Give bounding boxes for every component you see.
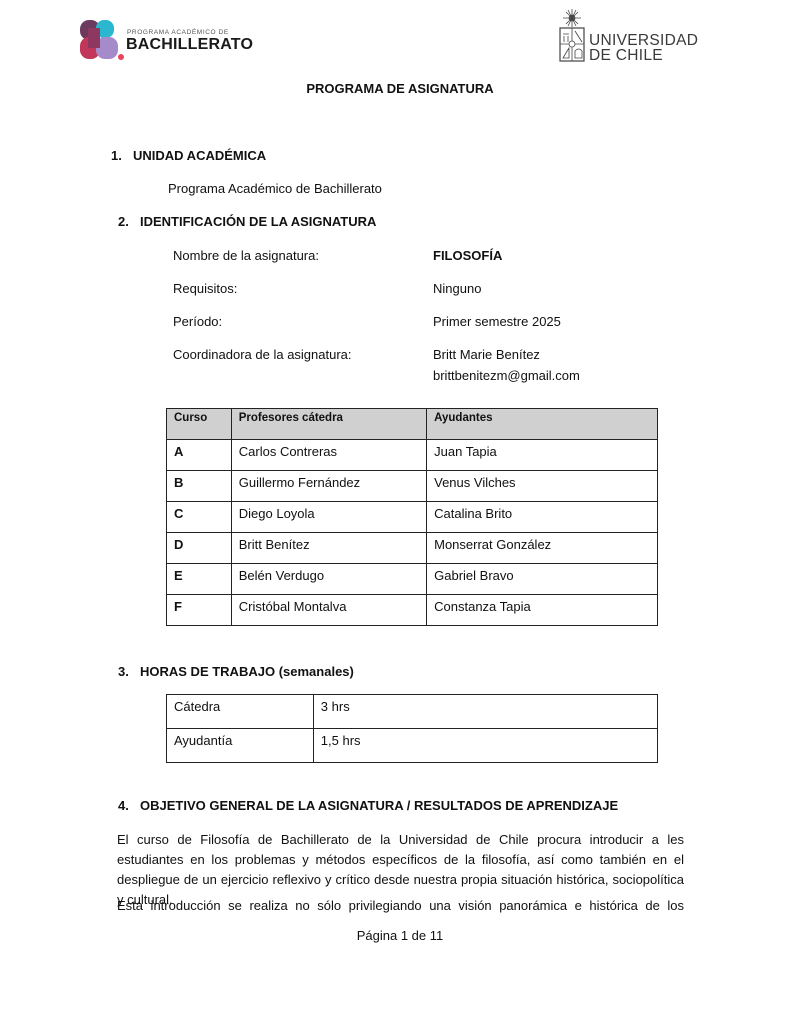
universidad-de-chile-logo-text: UNIVERSIDAD DE CHILE bbox=[589, 33, 698, 63]
column-header-course: Curso bbox=[167, 409, 232, 440]
bachillerato-b-icon bbox=[79, 19, 125, 61]
hours-value-cell: 1,5 hrs bbox=[313, 729, 657, 763]
logo-line-2: DE CHILE bbox=[589, 48, 698, 63]
page-footer: Página 1 de 11 bbox=[0, 928, 800, 943]
course-cell: F bbox=[167, 595, 232, 626]
section-number: 1. bbox=[111, 148, 133, 163]
section-title: HORAS DE TRABAJO bbox=[140, 664, 275, 679]
section-1-heading: 1.UNIDAD ACADÉMICA bbox=[111, 148, 266, 163]
assistant-cell: Gabriel Bravo bbox=[427, 564, 658, 595]
section-number: 4. bbox=[118, 798, 140, 813]
bachillerato-logo-big-text: BACHILLERATO bbox=[126, 36, 253, 54]
section-number: 2. bbox=[118, 214, 140, 229]
professor-cell: Carlos Contreras bbox=[231, 440, 426, 471]
hours-table: Cátedra 3 hrs Ayudantía 1,5 hrs bbox=[166, 694, 658, 763]
university-crest-icon bbox=[557, 8, 587, 64]
table-row: Ayudantía 1,5 hrs bbox=[167, 729, 658, 763]
bachillerato-logo-small-text: PROGRAMA ACADÉMICO DE bbox=[127, 29, 229, 36]
assistant-cell: Venus Vilches bbox=[427, 471, 658, 502]
table-row: B Guillermo Fernández Venus Vilches bbox=[167, 471, 658, 502]
section-2-heading: 2.IDENTIFICACIÓN DE LA ASIGNATURA bbox=[118, 214, 376, 229]
field-label-course-name: Nombre de la asignatura: bbox=[173, 248, 319, 263]
field-value-period: Primer semestre 2025 bbox=[433, 314, 561, 329]
column-header-assistants: Ayudantes bbox=[427, 409, 658, 440]
assistant-cell: Monserrat González bbox=[427, 533, 658, 564]
column-header-professors: Profesores cátedra bbox=[231, 409, 426, 440]
assistant-cell: Juan Tapia bbox=[427, 440, 658, 471]
professor-cell: Britt Benítez bbox=[231, 533, 426, 564]
assistant-cell: Catalina Brito bbox=[427, 502, 658, 533]
field-label-coordinator: Coordinadora de la asignatura: bbox=[173, 347, 352, 362]
table-row: C Diego Loyola Catalina Brito bbox=[167, 502, 658, 533]
section-number: 3. bbox=[118, 664, 140, 679]
table-row: Cátedra 3 hrs bbox=[167, 695, 658, 729]
professor-cell: Diego Loyola bbox=[231, 502, 426, 533]
objective-paragraph-2: Esta introducción se realiza no sólo pri… bbox=[117, 896, 684, 916]
field-value-requirements: Ninguno bbox=[433, 281, 481, 296]
course-cell: D bbox=[167, 533, 232, 564]
section-title: UNIDAD ACADÉMICA bbox=[133, 148, 266, 163]
course-cell: E bbox=[167, 564, 232, 595]
professor-cell: Guillermo Fernández bbox=[231, 471, 426, 502]
bachillerato-logo: PROGRAMA ACADÉMICO DE BACHILLERATO bbox=[79, 19, 249, 61]
section-title: IDENTIFICACIÓN DE LA ASIGNATURA bbox=[140, 214, 376, 229]
section-title-suffix: (semanales) bbox=[279, 664, 354, 679]
section-4-heading: 4.OBJETIVO GENERAL DE LA ASIGNATURA / RE… bbox=[118, 798, 618, 813]
field-value-course-name: FILOSOFÍA bbox=[433, 248, 502, 263]
course-cell: C bbox=[167, 502, 232, 533]
table-row: E Belén Verdugo Gabriel Bravo bbox=[167, 564, 658, 595]
universidad-de-chile-logo: UNIVERSIDAD DE CHILE bbox=[557, 8, 692, 64]
table-header-row: Curso Profesores cátedra Ayudantes bbox=[167, 409, 658, 440]
logo-line-1: UNIVERSIDAD bbox=[589, 33, 698, 48]
table-row: F Cristóbal Montalva Constanza Tapia bbox=[167, 595, 658, 626]
assistant-cell: Constanza Tapia bbox=[427, 595, 658, 626]
section-title: OBJETIVO GENERAL DE LA ASIGNATURA / RESU… bbox=[140, 798, 618, 813]
hours-type-cell: Ayudantía bbox=[167, 729, 314, 763]
professor-cell: Belén Verdugo bbox=[231, 564, 426, 595]
field-label-period: Período: bbox=[173, 314, 222, 329]
course-cell: B bbox=[167, 471, 232, 502]
field-label-requirements: Requisitos: bbox=[173, 281, 237, 296]
table-row: A Carlos Contreras Juan Tapia bbox=[167, 440, 658, 471]
academic-unit-value: Programa Académico de Bachillerato bbox=[168, 181, 382, 196]
section-3-heading: 3.HORAS DE TRABAJO (semanales) bbox=[118, 664, 354, 679]
document-title: PROGRAMA DE ASIGNATURA bbox=[0, 81, 800, 96]
hours-value-cell: 3 hrs bbox=[313, 695, 657, 729]
course-cell: A bbox=[167, 440, 232, 471]
table-row: D Britt Benítez Monserrat González bbox=[167, 533, 658, 564]
professor-cell: Cristóbal Montalva bbox=[231, 595, 426, 626]
hours-type-cell: Cátedra bbox=[167, 695, 314, 729]
field-value-coordinator-email[interactable]: brittbenitezm@gmail.com bbox=[433, 368, 580, 383]
field-value-coordinator-name: Britt Marie Benítez bbox=[433, 347, 540, 362]
teachers-table: Curso Profesores cátedra Ayudantes A Car… bbox=[166, 408, 658, 626]
